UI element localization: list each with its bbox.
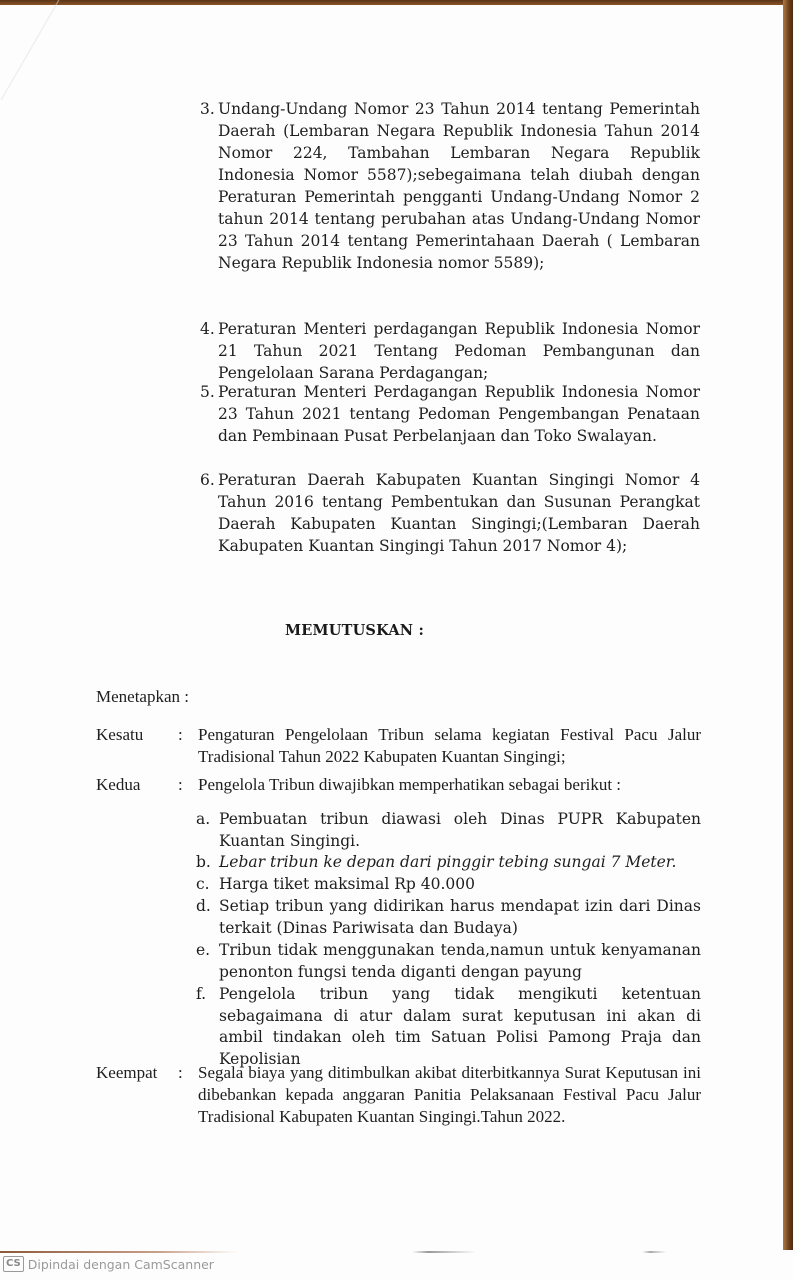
item-letter: a. [196,809,210,831]
item-text: Peraturan Menteri perdagangan Republik I… [218,318,700,384]
decision-label: Keempat [96,1062,157,1084]
decision-kesatu: Kesatu : Pengaturan Pengelolaan Tribun s… [96,724,701,768]
item-letter: b. [196,852,211,874]
decision-text: Pengelola Tribun diwajibkan memperhatika… [198,774,701,796]
decision-label: Kesatu [96,724,143,746]
page-bottom-edge [0,1251,793,1253]
item-letter: f. [196,984,206,1006]
decision-label: Kedua [96,774,140,796]
item-text: Pengelola tribun yang tidak mengikuti ke… [219,984,701,1070]
decision-title: MEMUTUSKAN : [285,622,424,639]
colon: : [178,774,183,796]
watermark-text: Dipindai dengan CamScanner [28,1257,214,1272]
decision-text: Segala biaya yang ditimbulkan akibat dit… [198,1062,701,1128]
menetapkan-text: Menetapkan : [96,687,189,706]
menetapkan-label: Menetapkan : [96,686,701,708]
item-text: Peraturan Daerah Kabupaten Kuantan Singi… [218,469,700,557]
item-text: Tribun tidak menggunakan tenda,namun unt… [219,940,701,983]
item-text: Pembuatan tribun diawasi oleh Dinas PUPR… [219,809,701,852]
item-letter: d. [196,896,211,918]
wood-background-right [783,0,793,1250]
item-number: 4. [200,318,215,340]
kedua-item-a: a. Pembuatan tribun diawasi oleh Dinas P… [196,809,701,852]
item-text: Setiap tribun yang didirikan harus menda… [219,896,701,939]
item-text: Lebar tribun ke depan dari pinggir tebin… [219,852,701,874]
item-letter: c. [196,874,210,896]
colon: : [178,724,183,746]
colon: : [178,1062,183,1084]
item-number: 5. [200,381,215,403]
consideration-item-5: 5. Peraturan Menteri Perdagangan Republi… [200,381,700,447]
item-letter: e. [196,940,210,962]
kedua-item-e: e. Tribun tidak menggunakan tenda,namun … [196,940,701,983]
item-text: Undang-Undang Nomor 23 Tahun 2014 tentan… [218,98,700,274]
decision-kedua: Kedua : Pengelola Tribun diwajibkan memp… [96,774,701,796]
consideration-item-4: 4. Peraturan Menteri perdagangan Republi… [200,318,700,384]
wood-background-top [0,0,793,5]
camscanner-watermark: CS Dipindai dengan CamScanner [3,1256,214,1272]
item-number: 3. [200,98,215,120]
kedua-item-f: f. Pengelola tribun yang tidak mengikuti… [196,984,701,1070]
decision-text: Pengaturan Pengelolaan Tribun selama keg… [198,724,701,768]
kedua-item-b: b. Lebar tribun ke depan dari pinggir te… [196,852,701,874]
decision-keempat: Keempat : Segala biaya yang ditimbulkan … [96,1062,701,1128]
item-text: Peraturan Menteri Perdagangan Republik I… [218,381,700,447]
item-text: Harga tiket maksimal Rp 40.000 [219,874,701,896]
item-number: 6. [200,469,215,491]
kedua-item-d: d. Setiap tribun yang didirikan harus me… [196,896,701,939]
camscanner-logo-icon: CS [3,1256,24,1272]
kedua-item-c: c. Harga tiket maksimal Rp 40.000 [196,874,701,896]
page-fold-edge [0,0,60,100]
consideration-item-3: 3. Undang-Undang Nomor 23 Tahun 2014 ten… [200,98,700,274]
consideration-item-6: 6. Peraturan Daerah Kabupaten Kuantan Si… [200,469,700,557]
